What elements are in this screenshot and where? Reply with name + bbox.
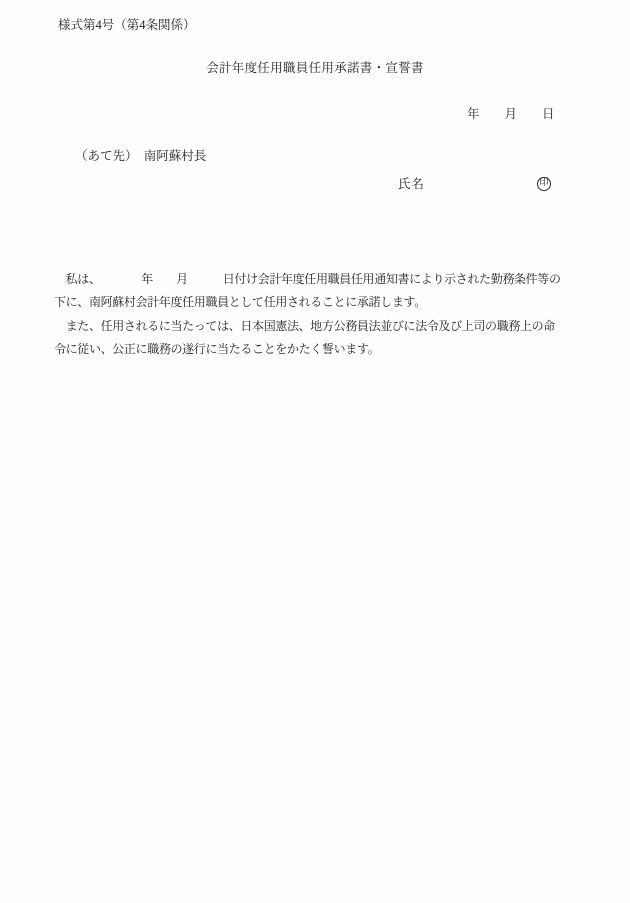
consent-paragraph-line-1: 私は、 年 月 日付け会計年度任用職員任用通知書により示された勤務条件等の	[54, 268, 576, 291]
oath-paragraph-line-2: 令に従い、公正に職務の遂行に当たることをかたく誓います。	[54, 338, 576, 361]
oath-paragraph-line-1: また、任用されるに当たっては、日本国憲法、地方公務員法並びに法令及び上司の職務上…	[54, 315, 576, 338]
date-placeholder-line: 年 月 日	[467, 107, 555, 122]
body-text: 私は、 年 月 日付け会計年度任用職員任用通知書により示された勤務条件等の 下に…	[54, 268, 576, 361]
form-number: 様式第4号（第4条関係）	[58, 18, 196, 33]
document-title: 会計年度任用職員任用承諾書・宣誓書	[0, 61, 630, 76]
document-page: 様式第4号（第4条関係） 会計年度任用職員任用承諾書・宣誓書 年 月 日 （あて…	[0, 0, 630, 903]
seal-mark-icon: 印	[537, 177, 551, 191]
addressee-line: （あて先） 南阿蘇村長	[75, 149, 206, 164]
consent-paragraph-line-2: 下に、南阿蘇村会計年度任用職員として任用されることに承諾します。	[54, 291, 576, 314]
name-label: 氏名	[398, 177, 425, 192]
